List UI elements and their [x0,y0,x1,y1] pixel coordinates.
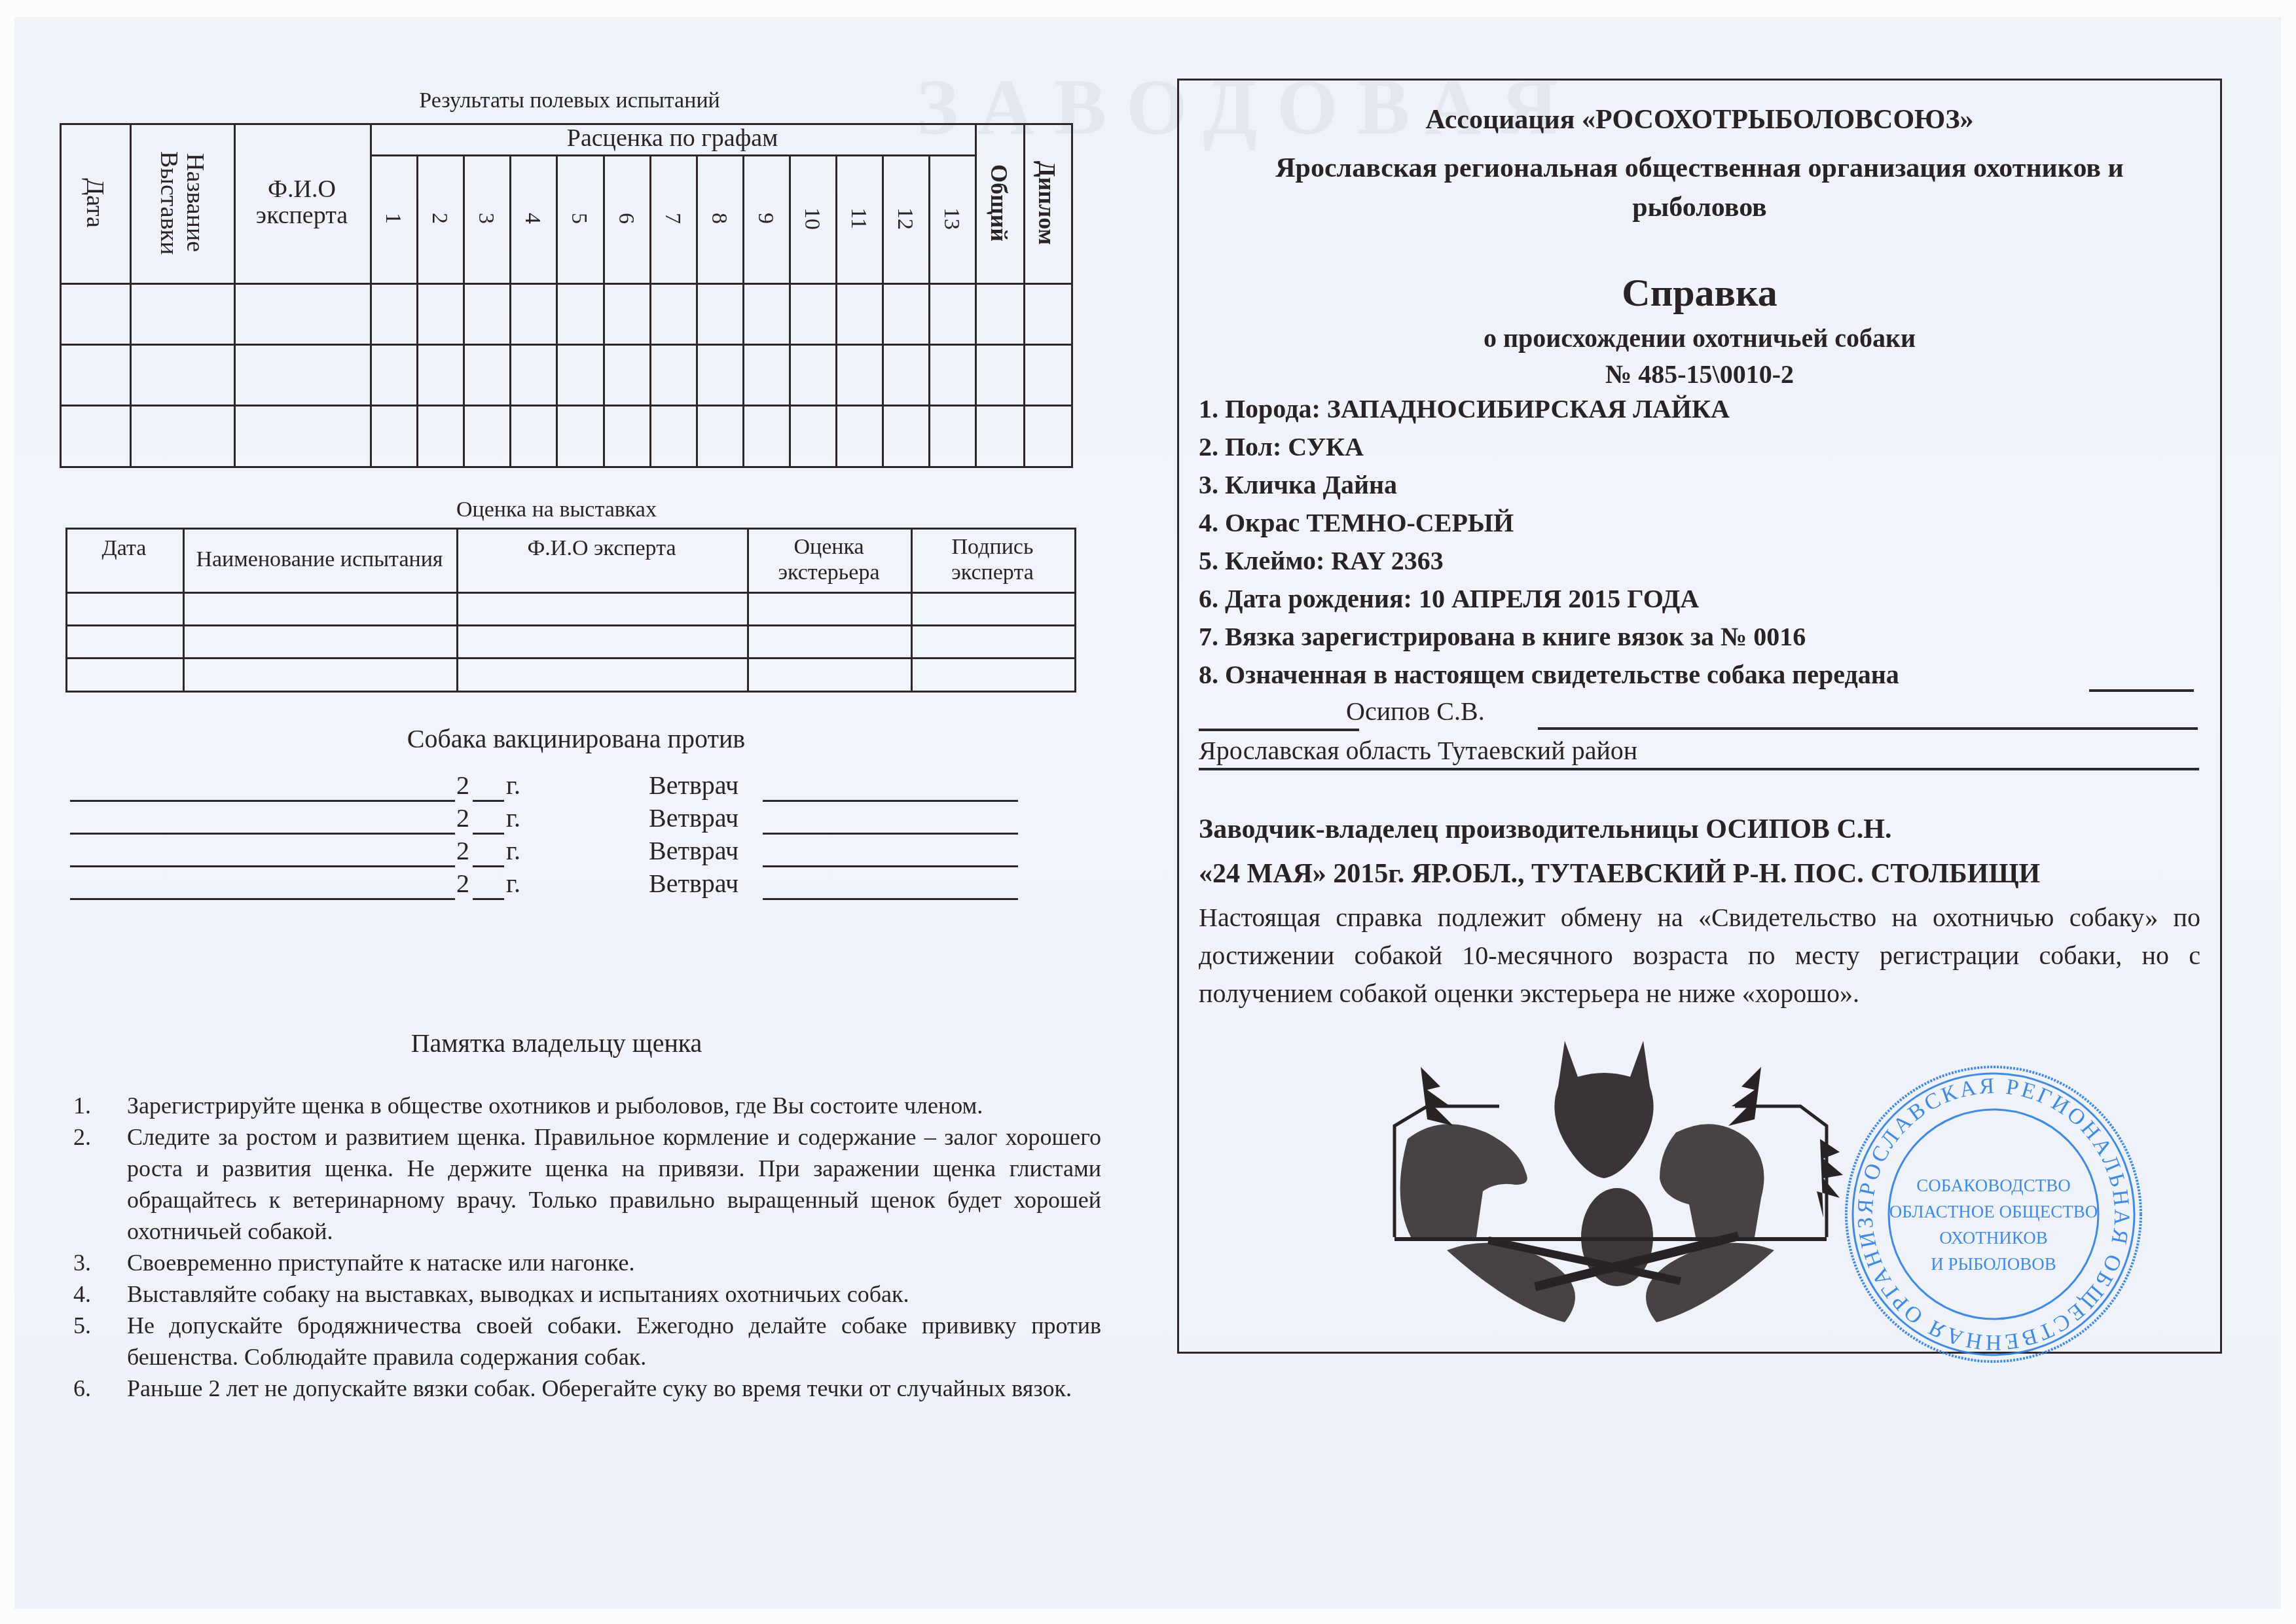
new-owner-name: Осипов С.В. [1346,696,1485,727]
vet-signature-line[interactable] [763,898,1018,900]
breeder-details: «24 МАЯ» 2015г. ЯР.ОБЛ., ТУТАЕВСКИЙ Р-Н.… [1199,858,2040,890]
year-prefix: 2 [456,770,469,801]
memo-title: Памятка владельцу щенка [327,1028,786,1058]
header-expert-signature-cell: Подпись эксперта [911,528,1074,592]
table-border [1071,123,1073,468]
hunting-dogs-emblem [1368,1041,1866,1322]
header-expert-cell: Ф.И.О эксперта [456,528,747,592]
stamp-line: СОБАКОВОДСТВО [1916,1176,2071,1195]
table-row[interactable] [60,283,1071,344]
row-rule [65,691,1074,693]
vaccine-input-line[interactable] [70,898,455,900]
header-trial-name-cell: Наименование испытания [183,528,456,592]
header-exterior-score-cell: Оценка экстерьера [747,528,911,592]
stamp-line: ОБЛАСТНОЕ ОБЩЕСТВО [1889,1202,2098,1221]
field-trials-title: Результаты полевых испытаний [367,88,773,113]
underline [2089,689,2194,692]
memo-item: 4.Выставляйте собаку на выставках, вывод… [73,1278,1101,1310]
stamp-line: ОХОТНИКОВ [1939,1228,2047,1248]
document-number: № 485-15\0010-2 [1179,359,2220,389]
header-expert: Ф.И.О эксперта [527,535,676,561]
owner-address: Ярославская область Тутаевский район [1199,735,1637,766]
header-graph-6-cell: 6 [603,154,649,283]
header-graph-5-cell: 5 [556,154,602,283]
memo-item-text: Следите за ростом и развитием щенка. Пра… [127,1124,1101,1244]
field-name: 3. Кличка Дайна [1199,469,1397,500]
show-evaluation-title: Оценка на выставках [393,497,720,522]
vet-label: Ветврач [649,770,738,801]
header-graph-6: 6 [613,213,638,225]
table-row[interactable] [65,624,1074,657]
header-graph-3: 3 [474,213,499,225]
field-transferred: 8. Означенная в настоящем свидетельстве … [1199,659,1899,690]
field-birth-date: 6. Дата рождения: 10 АПРЕЛЯ 2015 ГОДА [1199,583,1699,614]
header-diploma-cell: Диплом [1023,123,1071,283]
header-diploma: Диплом [1034,161,1061,245]
header-graph-9-cell: 9 [742,154,789,283]
header-expert-signature: Подпись эксперта [911,534,1074,585]
header-graph-8: 8 [706,213,731,225]
organization-name-line1: Ярославская региональная общественная ор… [1179,153,2220,184]
stamp-line: И РЫБОЛОВОВ [1931,1254,2056,1274]
header-date-cell: Дата [65,528,183,592]
organization-stamp: ЯРОСЛАВСКАЯ РЕГИОНАЛЬНАЯ ОБЩЕСТВЕННАЯ ОР… [1840,1060,2147,1368]
memo-item-text: Зарегистрируйте щенка в обществе охотник… [127,1092,983,1119]
header-date: Дата [102,535,147,561]
header-graph-2: 2 [428,213,452,225]
header-trial-name: Наименование испытания [196,547,443,572]
memo-item-number: 3. [73,1247,91,1278]
vaccination-title: Собака вакцинирована против [340,723,812,754]
header-graph-3-cell: 3 [463,154,509,283]
header-graph-4-cell: 4 [509,154,556,283]
field-sex: 2. Пол: СУКА [1199,431,1364,462]
document-title: Справка [1179,270,2220,316]
header-graph-10-cell: 10 [789,154,835,283]
year-prefix: 2 [456,835,469,866]
vaccination-row: 2 г. Ветврач [70,835,1039,867]
header-graph-5: 5 [567,213,592,225]
header-expert: Ф.И.О эксперта [234,177,370,229]
memo-item: 1.Зарегистрируйте щенка в обществе охотн… [73,1090,1101,1121]
memo-item: 5.Не допускайте бродяжничества своей соб… [73,1310,1101,1373]
header-graph-11-cell: 11 [835,154,882,283]
memo-item-number: 4. [73,1278,91,1310]
memo-item-text: Не допускайте бродяжничества своей собак… [127,1312,1101,1370]
memo-item: 3.Своевременно приступайте к натаске или… [73,1247,1101,1278]
header-exterior-score: Оценка экстерьера [747,534,911,585]
header-graph-1-cell: 1 [370,154,416,283]
vet-label: Ветврач [649,803,738,833]
document-subtitle: о происхождении охотничьей собаки [1179,323,2220,353]
organization-name-line2: рыболовов [1179,192,2220,223]
exchange-notice: Настоящая справка подлежит обмену на «Св… [1199,899,2200,1013]
header-graph-group-cell: Расценка по графам [370,123,975,154]
vaccination-row: 2 г. Ветврач [70,769,1039,802]
header-graph-13-cell: 13 [928,154,975,283]
header-graph-11: 11 [847,208,871,230]
memo-item: 6.Раньше 2 лет не допускайте вязки собак… [73,1373,1101,1404]
header-graph-13: 13 [939,208,964,230]
field-color: 4. Окрас ТЕМНО-СЕРЫЙ [1199,507,1514,538]
vaccination-row: 2 г. Ветврач [70,867,1039,900]
header-show-name-cell: Название Выставки [130,123,234,283]
vet-label: Ветврач [649,835,738,866]
header-expert-cell: Ф.И.О эксперта [234,123,370,283]
year-prefix: 2 [456,803,469,833]
year-suffix: г. [506,770,520,801]
header-graph-7: 7 [660,213,685,225]
table-row[interactable] [65,657,1074,691]
memo-item-text: Раньше 2 лет не допускайте вязки собак. … [127,1375,1072,1401]
header-graph-9: 9 [753,213,778,225]
table-row[interactable] [60,405,1071,466]
vaccination-row: 2 г. Ветврач [70,802,1039,835]
table-row[interactable] [60,344,1071,405]
header-graph-2-cell: 2 [416,154,463,283]
memo-item-text: Своевременно приступайте к натаске или н… [127,1250,634,1276]
vet-label: Ветврач [649,868,738,899]
header-graph-group: Расценка по графам [567,126,778,152]
header-show-name: Название Выставки [156,123,208,283]
table-border [60,466,1071,468]
underline [1199,768,2199,770]
header-graph-10: 10 [799,208,824,230]
header-graph-7-cell: 7 [649,154,696,283]
year-suffix: г. [506,803,520,833]
table-row[interactable] [65,592,1074,624]
header-total: Общий [985,164,1013,242]
memo-item-number: 6. [73,1373,91,1404]
column-rule [1074,528,1076,693]
memo-item-number: 1. [73,1090,91,1121]
field-breed: 1. Порода: ЗАПАДНОСИБИРСКАЯ ЛАЙКА [1199,393,1730,424]
header-date-cell: Дата [60,123,130,283]
field-brand: 5. Клеймо: RAY 2363 [1199,545,1444,576]
header-date: Дата [82,178,108,228]
header-graph-8-cell: 8 [696,154,742,283]
header-graph-12-cell: 12 [882,154,928,283]
memo-item-number: 2. [73,1121,91,1153]
field-mating-record: 7. Вязка зарегистрирована в книге вязок … [1199,621,1806,652]
memo-item-number: 5. [73,1310,91,1341]
header-graph-12: 12 [893,208,918,230]
header-graph-4: 4 [520,213,545,225]
underline [1199,729,1359,731]
memo-list: 1.Зарегистрируйте щенка в обществе охотн… [73,1090,1101,1404]
memo-item-text: Выставляйте собаку на выставках, выводка… [127,1281,909,1307]
breeder: Заводчик-владелец производительницы ОСИП… [1199,814,1891,845]
year-suffix: г. [506,835,520,866]
year-suffix: г. [506,868,520,899]
year-prefix: 2 [456,868,469,899]
underline [1538,727,2198,730]
header-graph-1: 1 [381,213,406,225]
year-input-line[interactable] [473,898,504,900]
association-name: Ассоциация «РОСОХОТРЫБОЛОВСОЮЗ» [1179,104,2220,135]
memo-item: 2.Следите за ростом и развитием щенка. П… [73,1121,1101,1247]
header-total-cell: Общий [975,123,1023,283]
